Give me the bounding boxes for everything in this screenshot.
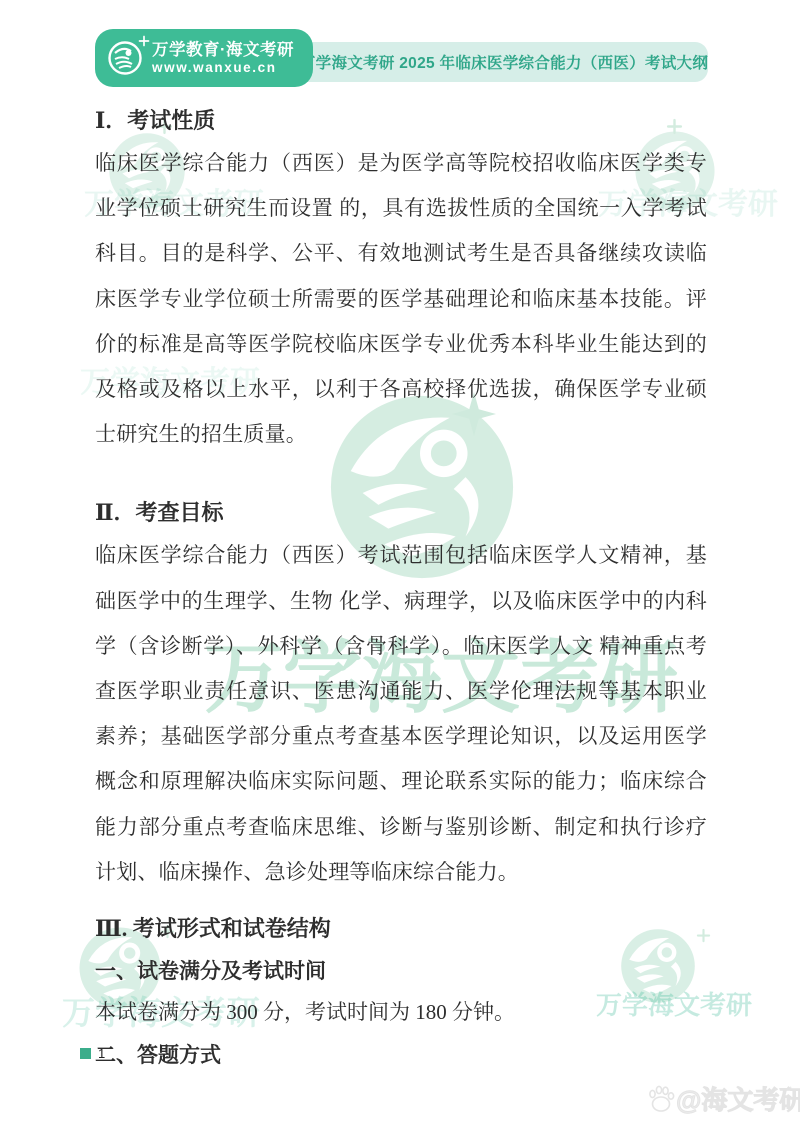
section-1-paragraph: 临床医学综合能力（西医）是为医学高等院校招收临床医学类专业学位硕士研究生而设置 … — [95, 141, 707, 457]
corner-watermark: @海文考研 — [646, 1080, 800, 1117]
brand-url: www.wanxue.cn — [152, 60, 294, 76]
brand-badge: 万学教育·海文考研 www.wanxue.cn — [95, 29, 313, 87]
corner-watermark-text: @海文考研 — [676, 1080, 800, 1117]
brand-name: 万学教育·海文考研 — [152, 41, 294, 60]
section-2-heading: Ⅱ．考查目标 — [95, 493, 707, 533]
document-page: 万学海文考研 万学海文考研 万学海文考研 万学海文考研 万学海文考研 万学海文考… — [0, 0, 800, 1132]
banner-title: 万学海文考研 2025 年临床医学综合能力（西医）考试大纲 — [300, 51, 708, 73]
paw-icon — [646, 1084, 676, 1114]
plus-sparkle-icon — [138, 35, 150, 47]
section-3-heading: Ⅲ. 考试形式和试卷结构 — [95, 909, 707, 949]
section-2-paragraph: 临床医学综合能力（西医）考试范围包括临床医学人文精神，基础医学中的生理学、生物 … — [95, 533, 707, 895]
subsection-1-text: 本试卷满分为 300 分，考试时间为 180 分钟。 — [95, 991, 707, 1033]
banner-strip: 万学海文考研 2025 年临床医学综合能力（西医）考试大纲 — [300, 42, 708, 82]
document-content: Ⅰ．考试性质 临床医学综合能力（西医）是为医学高等院校招收临床医学类专业学位硕士… — [95, 87, 707, 1075]
page-number: 1 — [98, 1046, 105, 1061]
page-marker-square — [80, 1048, 91, 1059]
subsection-1-title: 一、试卷满分及考试时间 — [95, 951, 707, 991]
subsection-2-title: 二、答题方式 — [95, 1035, 707, 1075]
page-footer: 1 — [80, 1046, 105, 1061]
section-1-heading: Ⅰ．考试性质 — [95, 101, 707, 141]
